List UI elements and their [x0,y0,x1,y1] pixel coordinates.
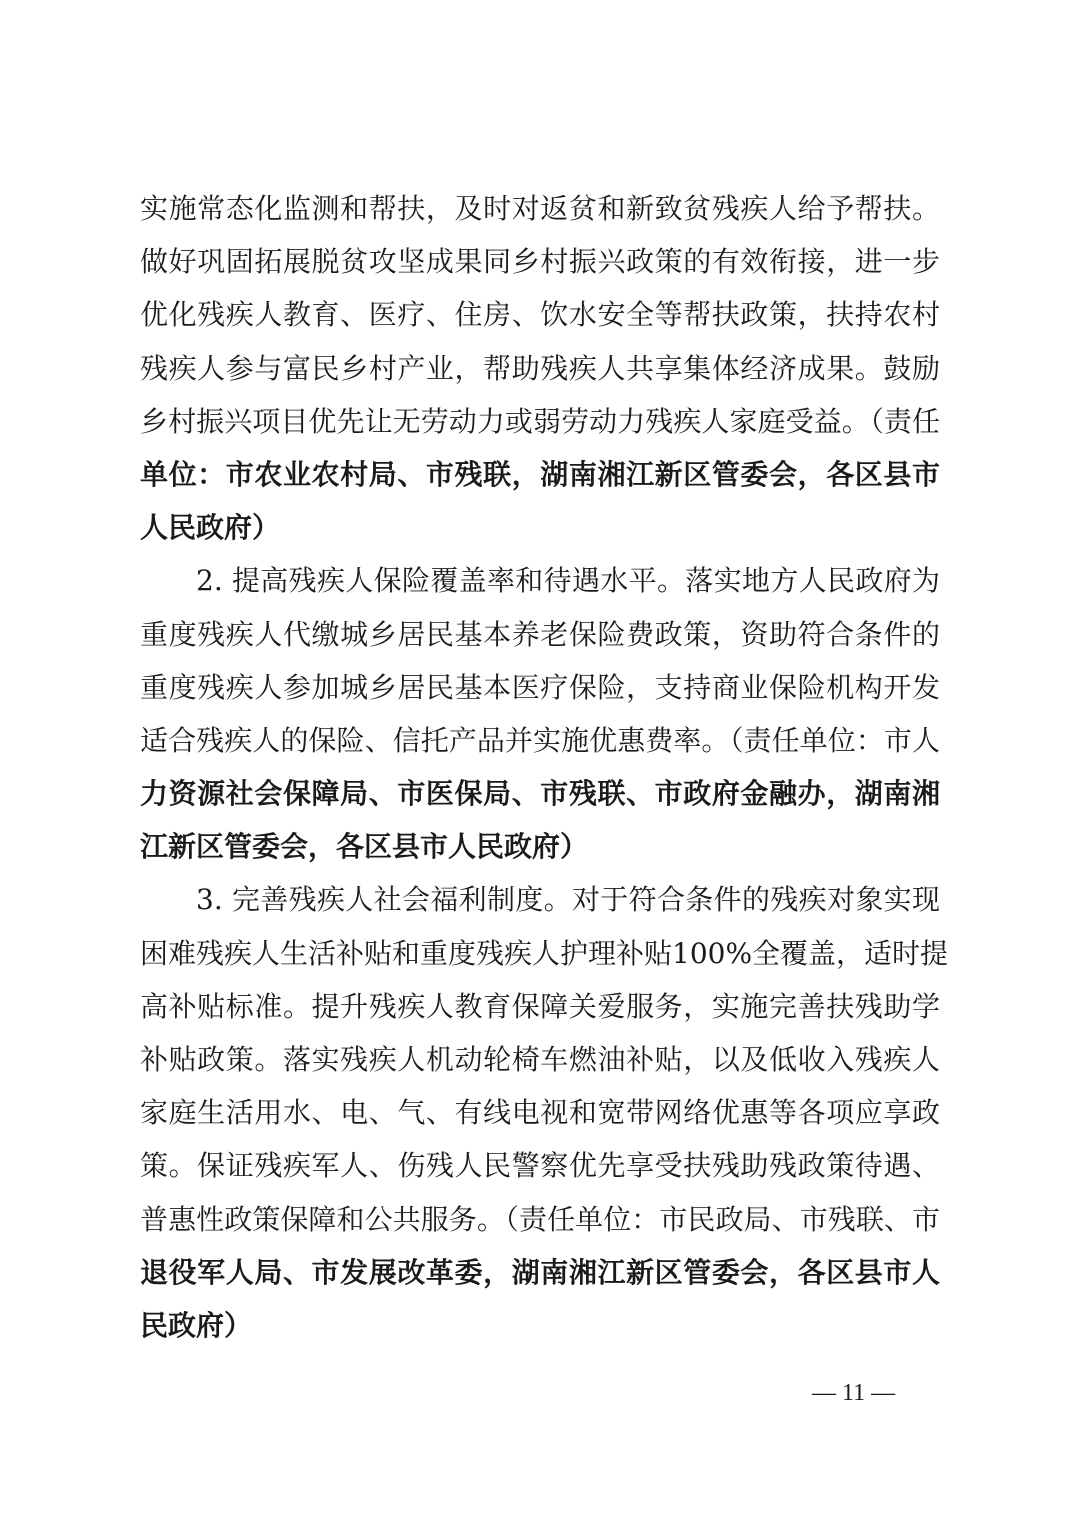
text-line: 普惠性政策保障和公共服务。（责任单位：市民政局、市残联、市 [140,1193,940,1246]
paragraph-item-3: 3. 完善残疾人社会福利制度。对于符合条件的残疾对象实现 困难残疾人生活补贴和重… [140,873,940,1352]
text-line: 适合残疾人的保险、信托产品并实施优惠费率。（责任单位：市人 [140,714,940,767]
responsibility-line: 人民政府） [140,501,940,554]
responsibility-line: 江新区管委会，各区县市人民政府） [140,820,940,873]
text-line: 实施常态化监测和帮扶，及时对返贫和新致贫残疾人给予帮扶。 [140,182,940,235]
text-line: 家庭生活用水、电、气、有线电视和宽带网络优惠等各项应享政 [140,1086,940,1139]
text-line: 困难残疾人生活补贴和重度残疾人护理补贴100%全覆盖，适时提 [140,927,940,980]
paragraph-continuation: 实施常态化监测和帮扶，及时对返贫和新致贫残疾人给予帮扶。 做好巩固拓展脱贫攻坚成… [140,182,940,554]
paragraph-item-2: 2. 提高残疾人保险覆盖率和待遇水平。落实地方人民政府为 重度残疾人代缴城乡居民… [140,554,940,873]
document-page: 实施常态化监测和帮扶，及时对返贫和新致贫残疾人给予帮扶。 做好巩固拓展脱贫攻坚成… [0,0,1074,1520]
text-line: 补贴政策。落实残疾人机动轮椅车燃油补贴，以及低收入残疾人 [140,1033,940,1086]
responsibility-line: 单位：市农业农村局、市残联，湖南湘江新区管委会，各区县市 [140,448,940,501]
text-line: 做好巩固拓展脱贫攻坚成果同乡村振兴政策的有效衔接，进一步 [140,235,940,288]
page-number: — 11 — [812,1378,895,1408]
text-line: 残疾人参与富民乡村产业，帮助残疾人共享集体经济成果。鼓励 [140,342,940,395]
text-line: 重度残疾人代缴城乡居民基本养老保险费政策，资助符合条件的 [140,608,940,661]
responsibility-line: 力资源社会保障局、市医保局、市残联、市政府金融办，湖南湘 [140,767,940,820]
text-line: 乡村振兴项目优先让无劳动力或弱劳动力残疾人家庭受益。（责任 [140,395,940,448]
text-line: 策。保证残疾军人、伤残人民警察优先享受扶残助残政策待遇、 [140,1139,940,1192]
body-text: 实施常态化监测和帮扶，及时对返贫和新致贫残疾人给予帮扶。 做好巩固拓展脱贫攻坚成… [140,182,940,1352]
item-heading-line: 2. 提高残疾人保险覆盖率和待遇水平。落实地方人民政府为 [140,554,940,607]
text-line: 优化残疾人教育、医疗、住房、饮水安全等帮扶政策，扶持农村 [140,288,940,341]
responsibility-line: 民政府） [140,1299,940,1352]
text-line: 重度残疾人参加城乡居民基本医疗保险，支持商业保险机构开发 [140,661,940,714]
responsibility-line: 退役军人局、市发展改革委，湖南湘江新区管委会，各区县市人 [140,1246,940,1299]
item-heading-line: 3. 完善残疾人社会福利制度。对于符合条件的残疾对象实现 [140,873,940,926]
text-line: 高补贴标准。提升残疾人教育保障关爱服务，实施完善扶残助学 [140,980,940,1033]
